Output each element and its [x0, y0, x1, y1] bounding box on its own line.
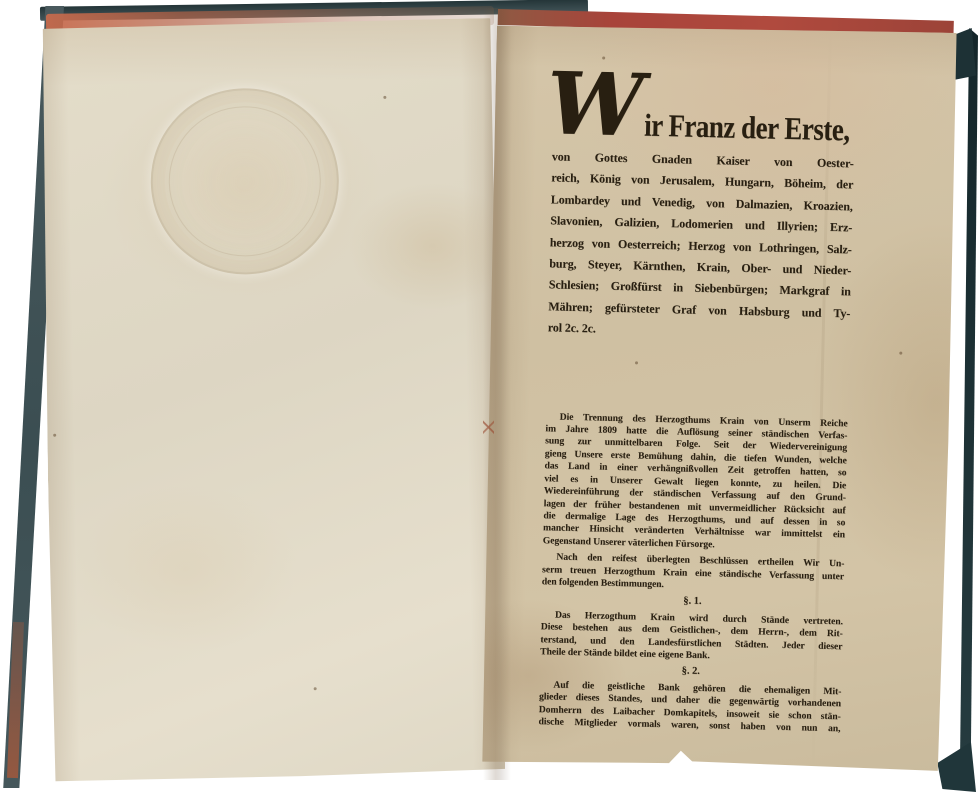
royal-style-lines: von Gottes Gnaden Kaiser von Oester- rei… — [548, 146, 854, 324]
paragraph-section-1: Das Herzogthum Krain wird durch Stände v… — [540, 609, 843, 666]
document-title-text: ir Franz der Erste, — [639, 110, 850, 147]
drop-cap-initial: W — [546, 70, 640, 141]
book-cover-corner-bottom-right — [934, 742, 976, 792]
royal-style-titles: von Gottes Gnaden Kaiser von Oester- rei… — [548, 146, 854, 346]
paper-speck — [53, 434, 56, 437]
paragraph-lines: Auf die geistliche Bank gehören die ehem… — [538, 679, 841, 736]
document-text: W ir Franz der Erste, von Gottes Gnaden … — [538, 65, 856, 739]
paragraph-lines: Die Trennung des Herzogthums Krain von U… — [543, 411, 848, 542]
paper-tear-mark — [483, 420, 494, 435]
paper-speck — [314, 687, 317, 690]
paper-speck — [383, 96, 386, 99]
paragraph-preamble-1: Die Trennung des Herzogthums Krain von U… — [543, 411, 848, 555]
paper-speck — [899, 352, 902, 355]
right-page: W ir Franz der Erste, von Gottes Gnaden … — [480, 22, 959, 775]
paragraph-preamble-2: Nach den reifest überlegten Beschlüssen … — [542, 551, 845, 595]
paragraph-section-2: Auf die geistliche Bank gehören die ehem… — [538, 679, 841, 736]
document-title: W ir Franz der Erste, — [546, 65, 856, 146]
left-page — [40, 18, 505, 783]
blind-embossed-seal-icon — [149, 87, 340, 276]
book-photo: W ir Franz der Erste, von Gottes Gnaden … — [0, 0, 980, 794]
document-body: Die Trennung des Herzogthums Krain von U… — [538, 411, 847, 736]
